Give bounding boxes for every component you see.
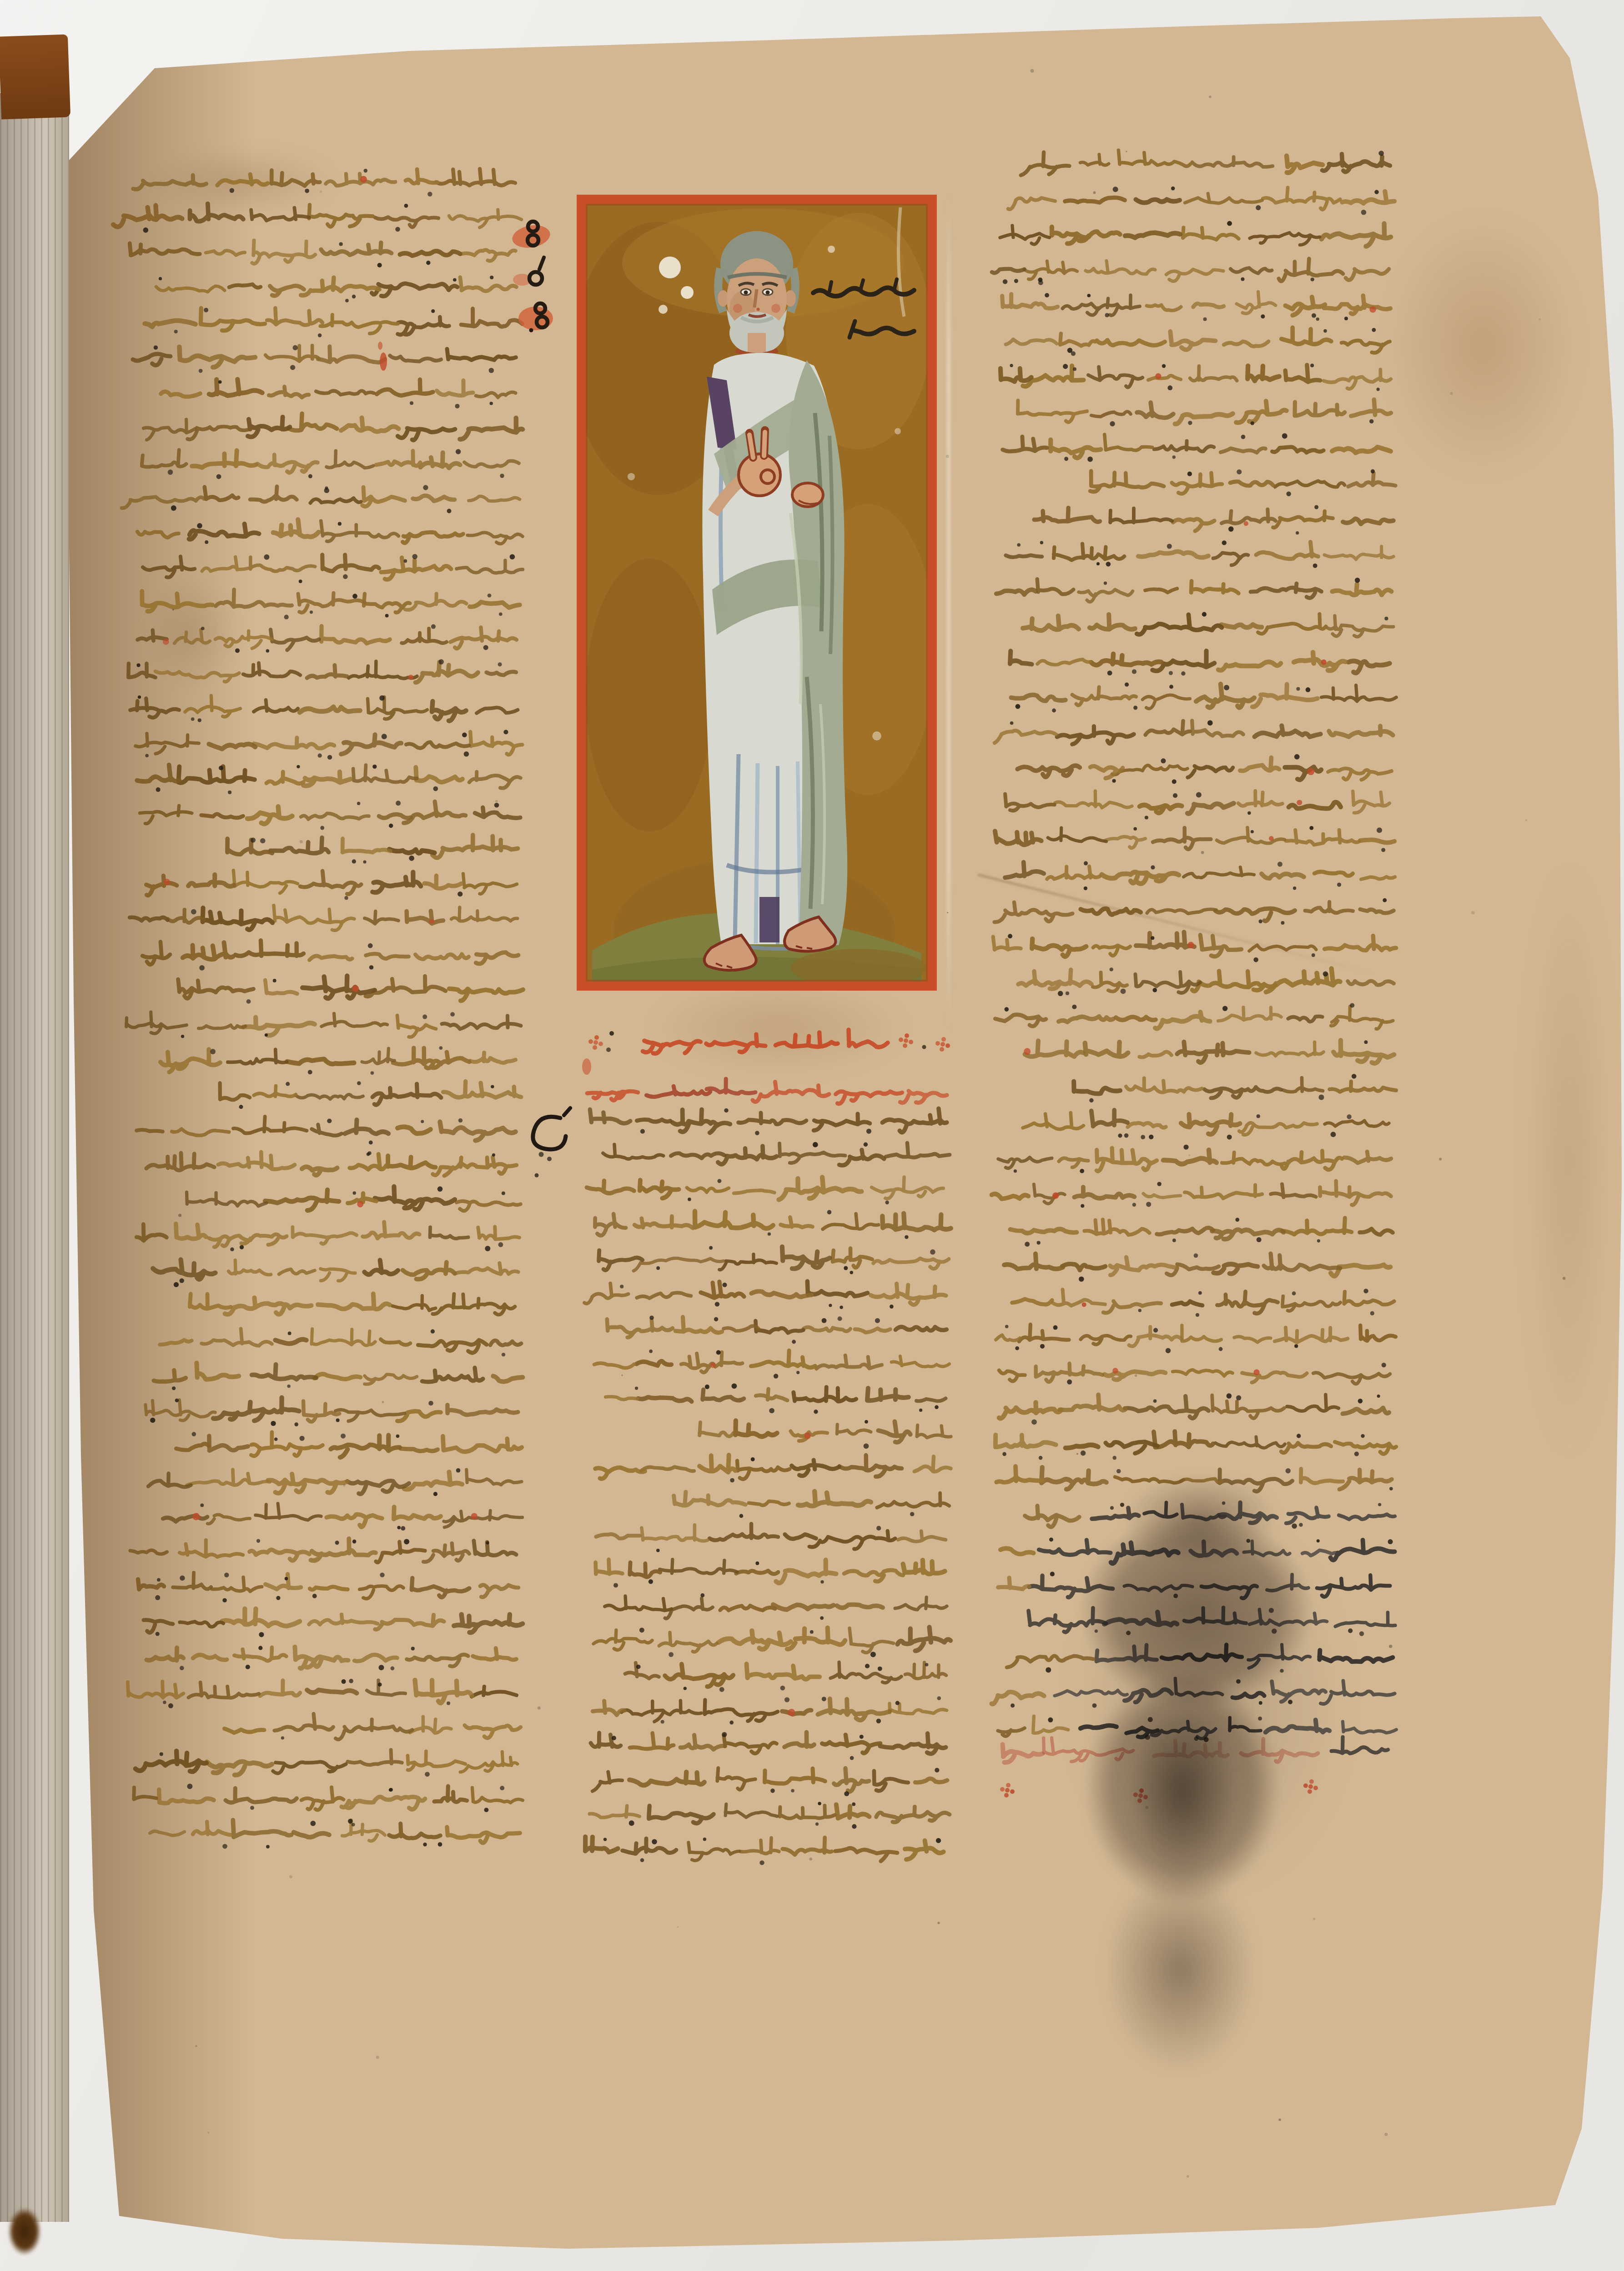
rubric-lines bbox=[582, 1030, 950, 1104]
left-hand bbox=[792, 483, 823, 507]
marginal-marks bbox=[510, 222, 570, 1178]
text-column-left bbox=[113, 169, 523, 1849]
text-column-right bbox=[991, 150, 1396, 1762]
manuscript-photo bbox=[0, 0, 1624, 2271]
text-column-middle bbox=[584, 1108, 951, 1865]
evangelist-miniature bbox=[577, 195, 937, 991]
